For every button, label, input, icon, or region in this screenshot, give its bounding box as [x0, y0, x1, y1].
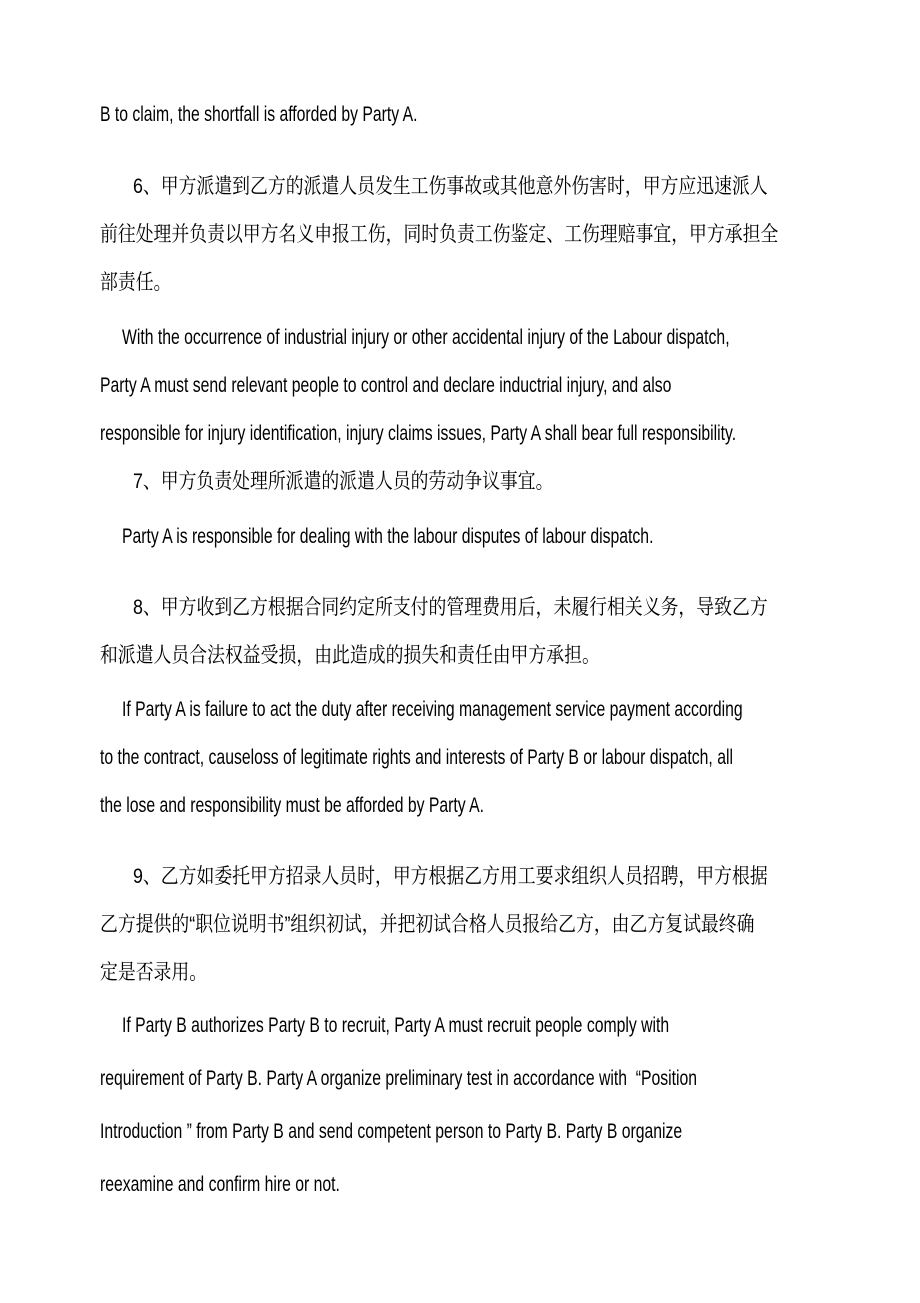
text-run: reexamine and confirm hire or not. — [100, 1158, 340, 1211]
paragraph: 9、乙方如委托甲方招录人员时，甲方根据乙方用工要求组织人员招聘，甲方根据乙方提供… — [100, 853, 820, 997]
text-run: 9、乙方如委托甲方招录人员时，甲方根据乙方用工要求组织人员招聘，甲方根据 — [133, 853, 768, 901]
text-run: Party A must send relevant people to con… — [100, 362, 671, 410]
text-run: 部责任。 — [100, 259, 171, 307]
text-run: 7、甲方负责处理所派遣的派遣人员的劳动争议事宜。 — [133, 458, 553, 506]
paragraph: B to claim, the shortfall is afforded by… — [100, 91, 820, 139]
text-line: With the occurrence of industrial injury… — [100, 314, 820, 362]
text-run: 前往处理并负责以甲方名义申报工伤，同时负责工伤鉴定、工伤理赔事宜，甲方承担全 — [100, 211, 778, 259]
text-run: responsible for injury identification, i… — [100, 410, 736, 458]
text-line: 前往处理并负责以甲方名义申报工伤，同时负责工伤鉴定、工伤理赔事宜，甲方承担全 — [100, 211, 820, 259]
text-line: B to claim, the shortfall is afforded by… — [100, 91, 820, 139]
paragraph: 7、甲方负责处理所派遣的派遣人员的劳动争议事宜。 — [100, 458, 820, 506]
text-run: Introduction ” from Party B and send com… — [100, 1105, 682, 1158]
paragraph: If Party B authorizes Party B to recruit… — [100, 999, 820, 1211]
text-run: 定是否录用。 — [100, 949, 207, 997]
text-run: 和派遣人员合法权益受损，由此造成的损失和责任由甲方承担。 — [100, 632, 600, 680]
paragraph: 8、甲方收到乙方根据合同约定所支付的管理费用后，未履行相关义务，导致乙方和派遣人… — [100, 584, 820, 680]
text-run: the lose and responsibility must be affo… — [100, 782, 484, 830]
text-line: responsible for injury identification, i… — [100, 410, 820, 458]
paragraph: If Party A is failure to act the duty af… — [100, 686, 820, 830]
text-line: Introduction ” from Party B and send com… — [100, 1105, 820, 1158]
paragraph: Party A is responsible for dealing with … — [100, 513, 820, 561]
text-line: If Party A is failure to act the duty af… — [100, 686, 820, 734]
text-run: B to claim, the shortfall is afforded by… — [100, 91, 417, 139]
text-line: Party A is responsible for dealing with … — [100, 513, 820, 561]
text-line: 7、甲方负责处理所派遣的派遣人员的劳动争议事宜。 — [100, 458, 820, 506]
text-line: the lose and responsibility must be affo… — [100, 782, 820, 830]
text-run: Party A is responsible for dealing with … — [122, 513, 653, 561]
text-line: 8、甲方收到乙方根据合同约定所支付的管理费用后，未履行相关义务，导致乙方 — [100, 584, 820, 632]
text-line: 定是否录用。 — [100, 949, 820, 997]
text-line: 6、甲方派遣到乙方的派遣人员发生工伤事故或其他意外伤害时，甲方应迅速派人 — [100, 163, 820, 211]
text-line: to the contract, causeloss of legitimate… — [100, 734, 820, 782]
text-run: 8、甲方收到乙方根据合同约定所支付的管理费用后，未履行相关义务，导致乙方 — [133, 584, 768, 632]
text-run: to the contract, causeloss of legitimate… — [100, 734, 733, 782]
text-run: If Party A is failure to act the duty af… — [122, 686, 743, 734]
text-run: requirement of Party B. Party A organize… — [100, 1052, 697, 1105]
text-line: reexamine and confirm hire or not. — [100, 1158, 820, 1211]
text-line: 乙方提供的“职位说明书”组织初试，并把初试合格人员报给乙方，由乙方复试最终确 — [100, 901, 820, 949]
text-run: With the occurrence of industrial injury… — [122, 314, 730, 362]
text-line: requirement of Party B. Party A organize… — [100, 1052, 820, 1105]
text-run: 乙方提供的“职位说明书”组织初试，并把初试合格人员报给乙方，由乙方复试最终确 — [100, 901, 754, 949]
text-line: Party A must send relevant people to con… — [100, 362, 820, 410]
document-page: B to claim, the shortfall is afforded by… — [0, 0, 920, 1303]
text-line: If Party B authorizes Party B to recruit… — [100, 999, 820, 1052]
text-run: If Party B authorizes Party B to recruit… — [122, 999, 669, 1052]
text-line: 和派遣人员合法权益受损，由此造成的损失和责任由甲方承担。 — [100, 632, 820, 680]
paragraph: With the occurrence of industrial injury… — [100, 314, 820, 458]
text-line: 9、乙方如委托甲方招录人员时，甲方根据乙方用工要求组织人员招聘，甲方根据 — [100, 853, 820, 901]
text-line: 部责任。 — [100, 259, 820, 307]
text-run: 6、甲方派遣到乙方的派遣人员发生工伤事故或其他意外伤害时，甲方应迅速派人 — [133, 163, 768, 211]
paragraph: 6、甲方派遣到乙方的派遣人员发生工伤事故或其他意外伤害时，甲方应迅速派人前往处理… — [100, 163, 820, 307]
document-body: B to claim, the shortfall is afforded by… — [100, 91, 820, 1211]
